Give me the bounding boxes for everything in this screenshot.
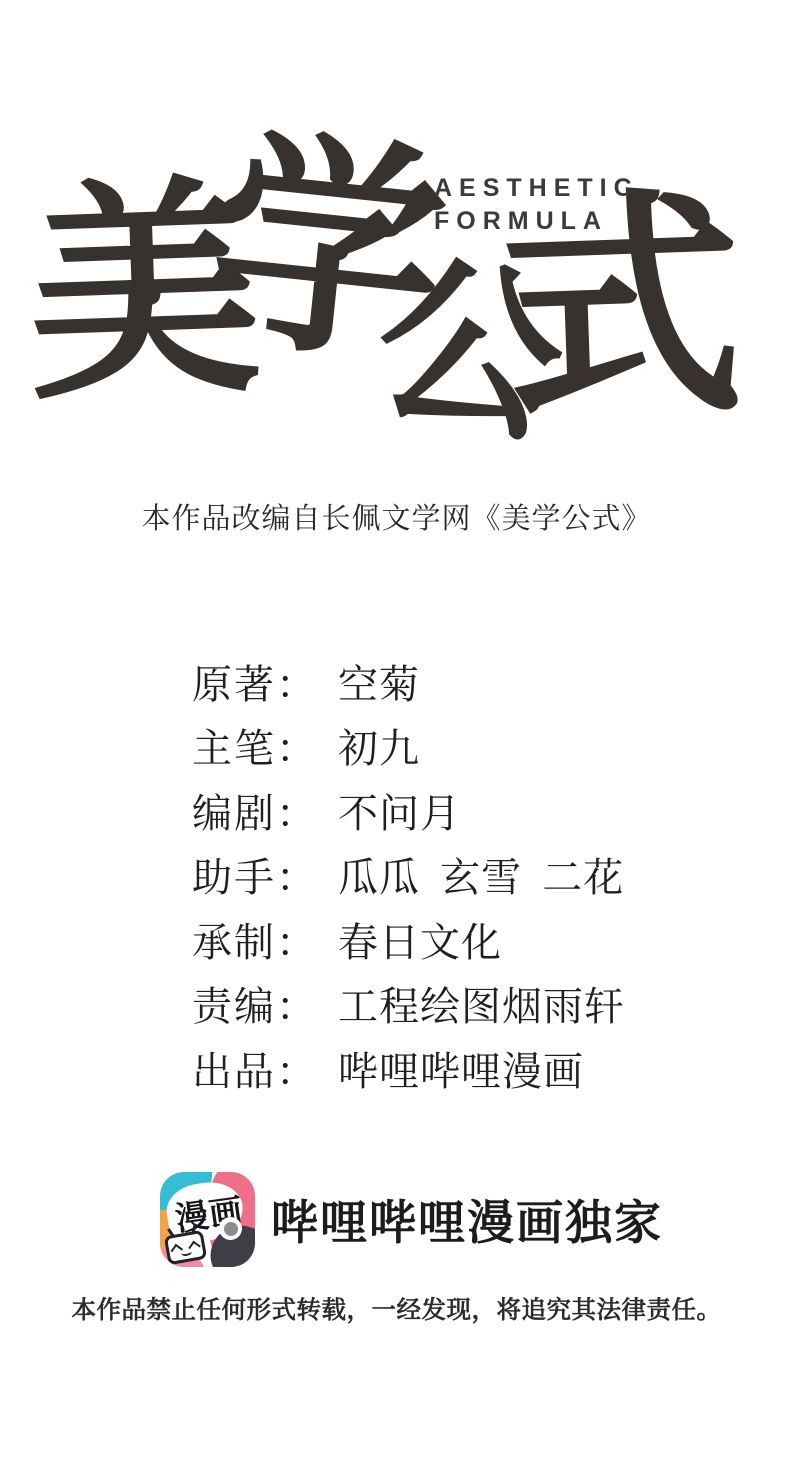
credit-value: 春日文化 bbox=[338, 911, 502, 968]
credit-value: 初九 bbox=[338, 717, 420, 774]
tv-face-icon bbox=[164, 1230, 207, 1265]
credit-row-editor: 责编： 工程绘图烟雨轩 bbox=[192, 972, 625, 1037]
credits-list: 原著： 空菊 主笔： 初九 编剧： 不问月 助手： 瓜瓜 玄雪 二花 承制： 春… bbox=[192, 649, 625, 1101]
exclusive-label: 哔哩哔哩漫画独家 bbox=[271, 1186, 663, 1253]
title-english-line1: AESTHETIC bbox=[434, 172, 639, 205]
credit-label: 助手： bbox=[192, 846, 318, 903]
comic-credits-page: 美 学 公 式 AESTHETIC FORMULA 本作品改编自长佩文学网《美学… bbox=[0, 0, 793, 1467]
tv-mouth-icon bbox=[180, 1248, 192, 1257]
copyright-disclaimer: 本作品禁止任何形式转载，一经发现，将追究其法律责任。 bbox=[0, 1291, 793, 1326]
publisher-row: 漫画 哔哩哔哩漫画独家 bbox=[160, 1172, 663, 1267]
adaptation-note: 本作品改编自长佩文学网《美学公式》 bbox=[0, 496, 793, 537]
credit-value: 空菊 bbox=[338, 653, 420, 710]
credit-label: 编剧： bbox=[192, 782, 318, 839]
credit-row-original-author: 原著： 空菊 bbox=[192, 649, 625, 714]
credit-row-assistants: 助手： 瓜瓜 玄雪 二花 bbox=[192, 843, 625, 908]
credit-row-lead-artist: 主笔： 初九 bbox=[192, 714, 625, 779]
credit-row-screenwriter: 编剧： 不问月 bbox=[192, 778, 625, 843]
credit-row-presented-by: 出品： 哔哩哔哩漫画 bbox=[192, 1036, 625, 1101]
headphone-icon bbox=[219, 1217, 242, 1240]
title-english-line2: FORMULA bbox=[434, 205, 639, 238]
credit-row-production: 承制： 春日文化 bbox=[192, 907, 625, 972]
bilibili-comics-app-icon: 漫画 bbox=[160, 1172, 255, 1267]
credit-value: 瓜瓜 玄雪 二花 bbox=[338, 846, 624, 903]
credit-label: 原著： bbox=[192, 653, 318, 710]
credit-value: 不问月 bbox=[338, 782, 461, 839]
credit-label: 承制： bbox=[192, 911, 318, 968]
title-logo: 美 学 公 式 AESTHETIC FORMULA bbox=[0, 0, 793, 470]
credit-label: 责编： bbox=[192, 975, 318, 1032]
credit-label: 主笔： bbox=[192, 717, 318, 774]
credit-value: 工程绘图烟雨轩 bbox=[338, 975, 625, 1032]
title-english: AESTHETIC FORMULA bbox=[434, 172, 639, 237]
credit-label: 出品： bbox=[192, 1040, 318, 1097]
credit-value: 哔哩哔哩漫画 bbox=[338, 1040, 584, 1097]
